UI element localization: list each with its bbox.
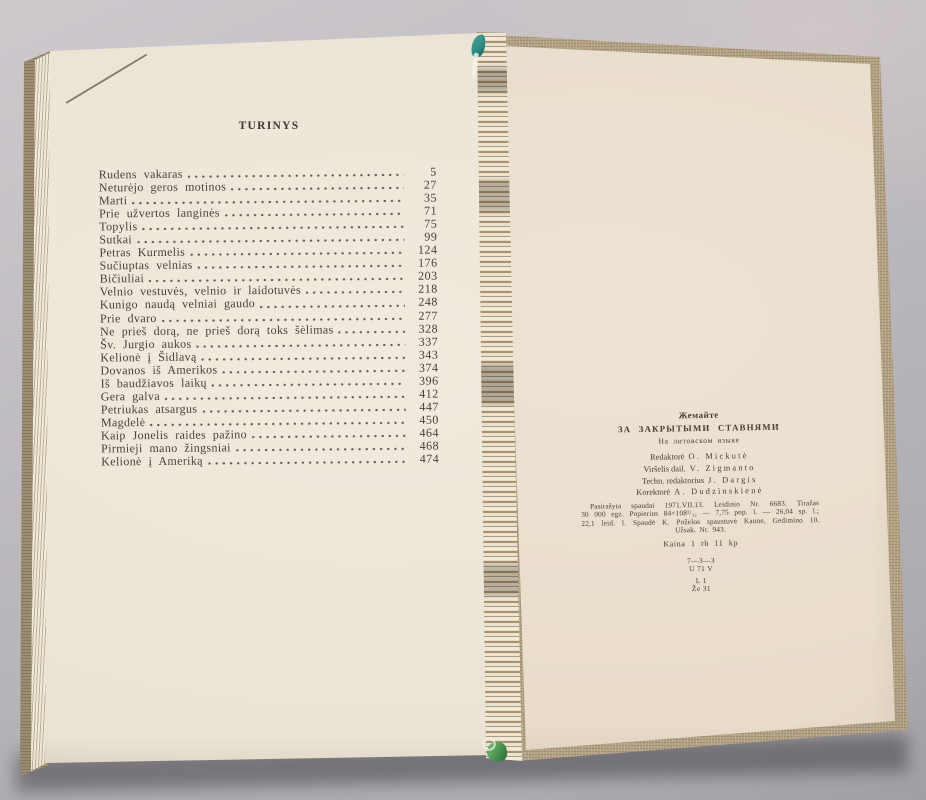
colophon-author: Жемайте: [559, 408, 839, 422]
credit-name: V. Zigmanto: [690, 463, 756, 473]
toc-heading: TURINYS: [100, 120, 438, 132]
toc-entry-page-number: 474: [412, 453, 439, 466]
colophon-language-note: На литовском языке: [559, 434, 839, 447]
dot-leader: [150, 421, 406, 427]
toc-entry-page-number: 337: [411, 335, 438, 348]
toc-entry-title: Petriukas atsargus: [101, 402, 198, 416]
credit-role: Viršelis dail.: [643, 464, 685, 474]
toc-entry-page-number: 374: [411, 361, 438, 374]
toc-entry-title: Kelionė į Ameriką: [101, 455, 203, 469]
dot-leader: [236, 447, 406, 452]
dot-leader: [225, 212, 404, 218]
colophon-credits: RedaktorėO. Mickutė Viršelis dail.V. Zig…: [559, 449, 840, 501]
dot-leader: [306, 290, 405, 295]
toc-entry-page-number: 248: [411, 296, 438, 309]
dot-leader: [190, 251, 404, 257]
colophon-block: Жемайте ЗА ЗАКРЫТЫМИ СТАВНЯМИ На литовск…: [559, 404, 842, 596]
book-photo: TURINYS Rudens vakaras 5 Neturėjo geros …: [0, 0, 926, 800]
colophon-price: Kaina 1 rb 11 kp: [561, 537, 841, 550]
credit-role: Techn. redaktorius: [642, 476, 704, 486]
credit-name: O. Mickutė: [688, 451, 748, 461]
credit-name: J. Dargis: [708, 475, 758, 485]
colophon-codes-top: 7—3—3 U 71 V: [561, 555, 841, 576]
dot-leader: [202, 356, 406, 362]
dot-leader: [202, 408, 405, 414]
toc-entry-title: Kunigo naudą velniai gaudo: [100, 298, 255, 312]
dot-leader: [208, 460, 406, 466]
credit-name: A. Dudzinskienė: [674, 486, 763, 496]
dot-leader: [231, 186, 404, 192]
dot-leader: [198, 264, 405, 270]
toc-entry-title: Prie dvaro: [100, 311, 157, 325]
dot-leader: [188, 173, 404, 179]
toc-entry-page-number: 277: [411, 309, 438, 322]
dot-leader: [165, 395, 406, 401]
dot-leader: [339, 329, 406, 334]
toc-entry-page-number: 343: [411, 348, 438, 361]
toc-entry-page-number: 328: [411, 322, 438, 335]
colophon-title: ЗА ЗАКРЫТЫМИ СТАВНЯМИ: [559, 421, 839, 435]
table-of-contents: Rudens vakaras 5 Neturėjo geros motinos …: [99, 166, 440, 469]
dot-leader: [222, 369, 405, 375]
colophon-imprint: Pasirašyta spaudai 1971.VII.13. Leidinio…: [581, 499, 819, 536]
dot-leader: [252, 434, 406, 439]
toc-entry-title: Ne prieš dorą, ne prieš dorą toks šėlima…: [100, 323, 334, 338]
dot-leader: [197, 342, 406, 348]
credit-role: Korektorė: [636, 488, 670, 498]
credit-role: Redaktorė: [650, 452, 685, 462]
dot-leader: [162, 316, 405, 322]
dot-leader: [212, 382, 406, 388]
dot-leader: [260, 303, 405, 308]
